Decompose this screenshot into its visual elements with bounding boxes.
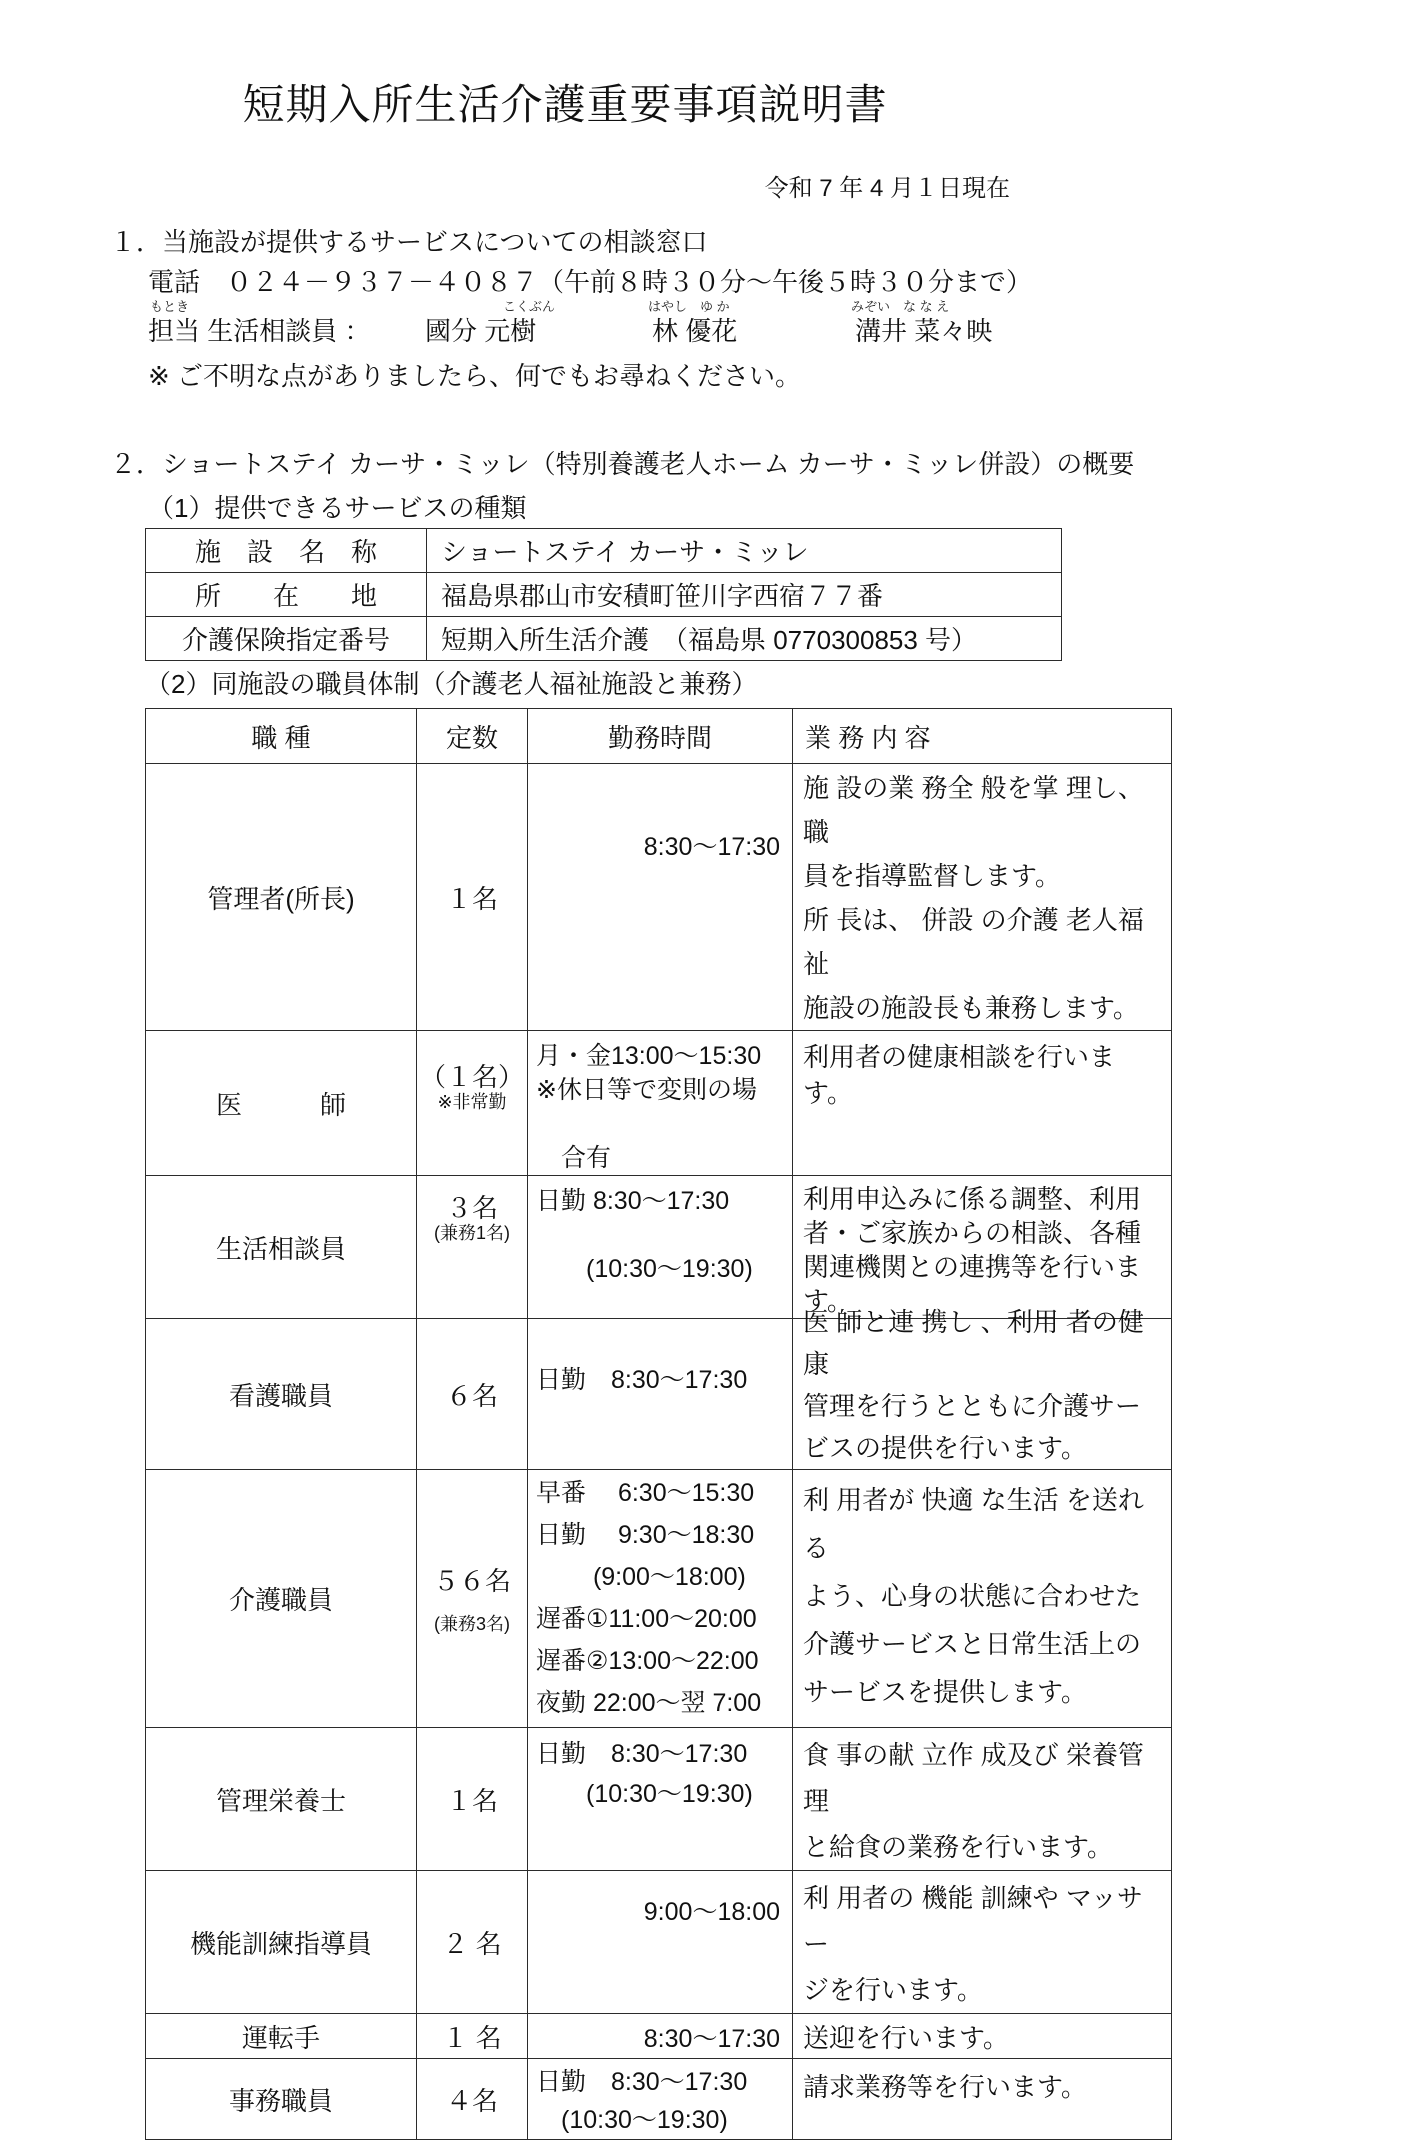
staff-row-life-counselor: 生活相談員 ３名(兼務1名) 日勤 8:30～17:30 (10:30～19:3… [146, 1176, 1172, 1319]
duties-cell: 送迎を行います。 [793, 2014, 1172, 2059]
role-cell: 医 師 [146, 1031, 417, 1176]
staff-header-row: 職 種 定数 勤務時間 業 務 内 容 [146, 709, 1172, 764]
role-cell: 事務職員 [146, 2059, 417, 2140]
contact-names-line: もとき 担当 生活相談員 ： こくぶん 國分 元樹 はやし ゆ か 林 優花 み… [0, 296, 1414, 342]
duties-cell: 医 師と連 携し 、利用 者の健 康 管理を行うとともに介護サー ビスの提供を行… [793, 1319, 1172, 1470]
role-cell: 運転手 [146, 2014, 417, 2059]
staff-row-dietitian: 管理栄養士 １名 日勤 8:30～17:30 (10:30～19:30) 食 事… [146, 1728, 1172, 1871]
role-cell: 看護職員 [146, 1319, 417, 1470]
duties-cell: 施 設の業 務全 般を掌 理し、 職 員を指導監督します。 所 長は、 併設 の… [793, 764, 1172, 1031]
contact-name-text-2: 林 優花 [652, 311, 737, 348]
duties-cell: 食 事の献 立作 成及び 栄養管 理 と給食の業務を行います。 [793, 1728, 1172, 1871]
facility-license-label: 介護保険指定番号 [146, 617, 427, 661]
hours-cell: 日勤 8:30～17:30 (10:30～19:30) [528, 1728, 793, 1871]
facility-row-name: 施 設 名 称 ショートステイ カーサ・ミッレ [146, 529, 1062, 573]
role-cell: 管理者(所長) [146, 764, 417, 1031]
hours-cell: 日勤 8:30～17:30 (10:30～19:30) [528, 1176, 793, 1319]
duties-cell: 利 用者の 機能 訓練や マッサ ー ジを行います。 [793, 1871, 1172, 2014]
inquiry-note: ※ ご不明な点がありましたら、何でもお尋ねください。 [148, 356, 801, 393]
contact-name-text-3: 溝井 菜々映 [855, 311, 992, 348]
duties-cell: 利用者の健康相談を行いま す。 [793, 1031, 1172, 1176]
page-title: 短期入所生活介護重要事項説明書 [0, 72, 1130, 132]
staff-row-functional-trainer: 機能訓練指導員 ２ 名 9:00～18:00 利 用者の 機能 訓練や マッサ … [146, 1871, 1172, 2014]
staff-row-nurse: 看護職員 ６名 日勤 8:30～17:30 医 師と連 携し 、利用 者の健 康… [146, 1319, 1172, 1470]
header-quota: 定数 [417, 709, 528, 764]
section2-heading: ２．ショートステイ カーサ・ミッレ（特別養護老人ホーム カーサ・ミッレ併設）の概… [110, 444, 1134, 481]
header-role: 職 種 [146, 709, 417, 764]
quota-cell: ５６名(兼務3名) [417, 1470, 528, 1728]
hours-cell: 日勤 8:30～17:30 [528, 1319, 793, 1470]
facility-address-value: 福島県郡山市安積町笹川字西宿７７番 [427, 573, 1062, 617]
hours-cell: 早番 6:30～15:30 日勤 9:30～18:30 (9:00～18:00)… [528, 1470, 793, 1728]
duties-cell: 請求業務等を行います。 [793, 2059, 1172, 2140]
subsection2-heading: （2）同施設の職員体制（介護老人福祉施設と兼務） [145, 664, 757, 701]
staff-row-office-staff: 事務職員 ４名 日勤 8:30～17:30 (10:30～19:30) 請求業務… [146, 2059, 1172, 2140]
facility-row-address: 所 在 地 福島県郡山市安積町笹川字西宿７７番 [146, 573, 1062, 617]
staff-table: 職 種 定数 勤務時間 業 務 内 容 管理者(所長) １名 8:30～17:3… [145, 708, 1172, 2140]
quota-cell: ６名 [417, 1319, 528, 1470]
quota-cell: （１名）※非常勤 [417, 1031, 528, 1176]
staff-row-doctor: 医 師 （１名）※非常勤 月・金13:00～15:30 ※休日等で変則の場 合有… [146, 1031, 1172, 1176]
quota-cell: ２ 名 [417, 1871, 528, 2014]
role-cell: 管理栄養士 [146, 1728, 417, 1871]
role-cell: 機能訓練指導員 [146, 1871, 417, 2014]
staff-row-manager: 管理者(所長) １名 8:30～17:30 施 設の業 務全 般を掌 理し、 職… [146, 764, 1172, 1031]
hours-cell: 8:30～17:30 [528, 764, 793, 1031]
header-hours: 勤務時間 [528, 709, 793, 764]
hours-cell: 8:30～17:30 [528, 2014, 793, 2059]
facility-address-label: 所 在 地 [146, 573, 427, 617]
role-cell: 介護職員 [146, 1470, 417, 1728]
facility-table: 施 設 名 称 ショートステイ カーサ・ミッレ 所 在 地 福島県郡山市安積町笹… [145, 528, 1062, 661]
phone-line: 電話 ０２４－９３７－４０８７（午前８時３０分～午後５時３０分まで） [148, 262, 1032, 299]
hours-cell: 日勤 8:30～17:30 (10:30～19:30) [528, 2059, 793, 2140]
quota-cell: １名 [417, 764, 528, 1031]
contact-name-text-1: 國分 元樹 [425, 311, 536, 348]
hours-cell: 月・金13:00～15:30 ※休日等で変則の場 合有 [528, 1031, 793, 1176]
duties-cell: 利用申込みに係る調整、利用 者・ご家族からの相談、各種 関連機関との連携等を行い… [793, 1176, 1172, 1319]
quota-cell: １名 [417, 1728, 528, 1871]
role-cell: 生活相談員 [146, 1176, 417, 1319]
quota-cell: １ 名 [417, 2014, 528, 2059]
facility-name-label: 施 設 名 称 [146, 529, 427, 573]
facility-license-value: 短期入所生活介護 （福島県 0770300853 号） [427, 617, 1062, 661]
quota-cell: ３名(兼務1名) [417, 1176, 528, 1319]
section1-heading: １．当施設が提供するサービスについての相談窓口 [110, 222, 707, 259]
duties-cell: 利 用者が 快適 な生活 を送れ る よう、心身の状態に合わせた 介護サービスと… [793, 1470, 1172, 1728]
staff-row-driver: 運転手 １ 名 8:30～17:30 送迎を行います。 [146, 2014, 1172, 2059]
header-duties: 業 務 内 容 [793, 709, 1172, 764]
contact-label: 担当 生活相談員 ： [148, 311, 370, 348]
subsection1-heading: （1）提供できるサービスの種類 [148, 488, 526, 525]
hours-cell: 9:00～18:00 [528, 1871, 793, 2014]
staff-row-care-worker: 介護職員 ５６名(兼務3名) 早番 6:30～15:30 日勤 9:30～18:… [146, 1470, 1172, 1728]
date-note: 令和 7 年 4 月１日現在 [0, 168, 1010, 203]
facility-name-value: ショートステイ カーサ・ミッレ [427, 529, 1062, 573]
quota-cell: ４名 [417, 2059, 528, 2140]
facility-row-license: 介護保険指定番号 短期入所生活介護 （福島県 0770300853 号） [146, 617, 1062, 661]
